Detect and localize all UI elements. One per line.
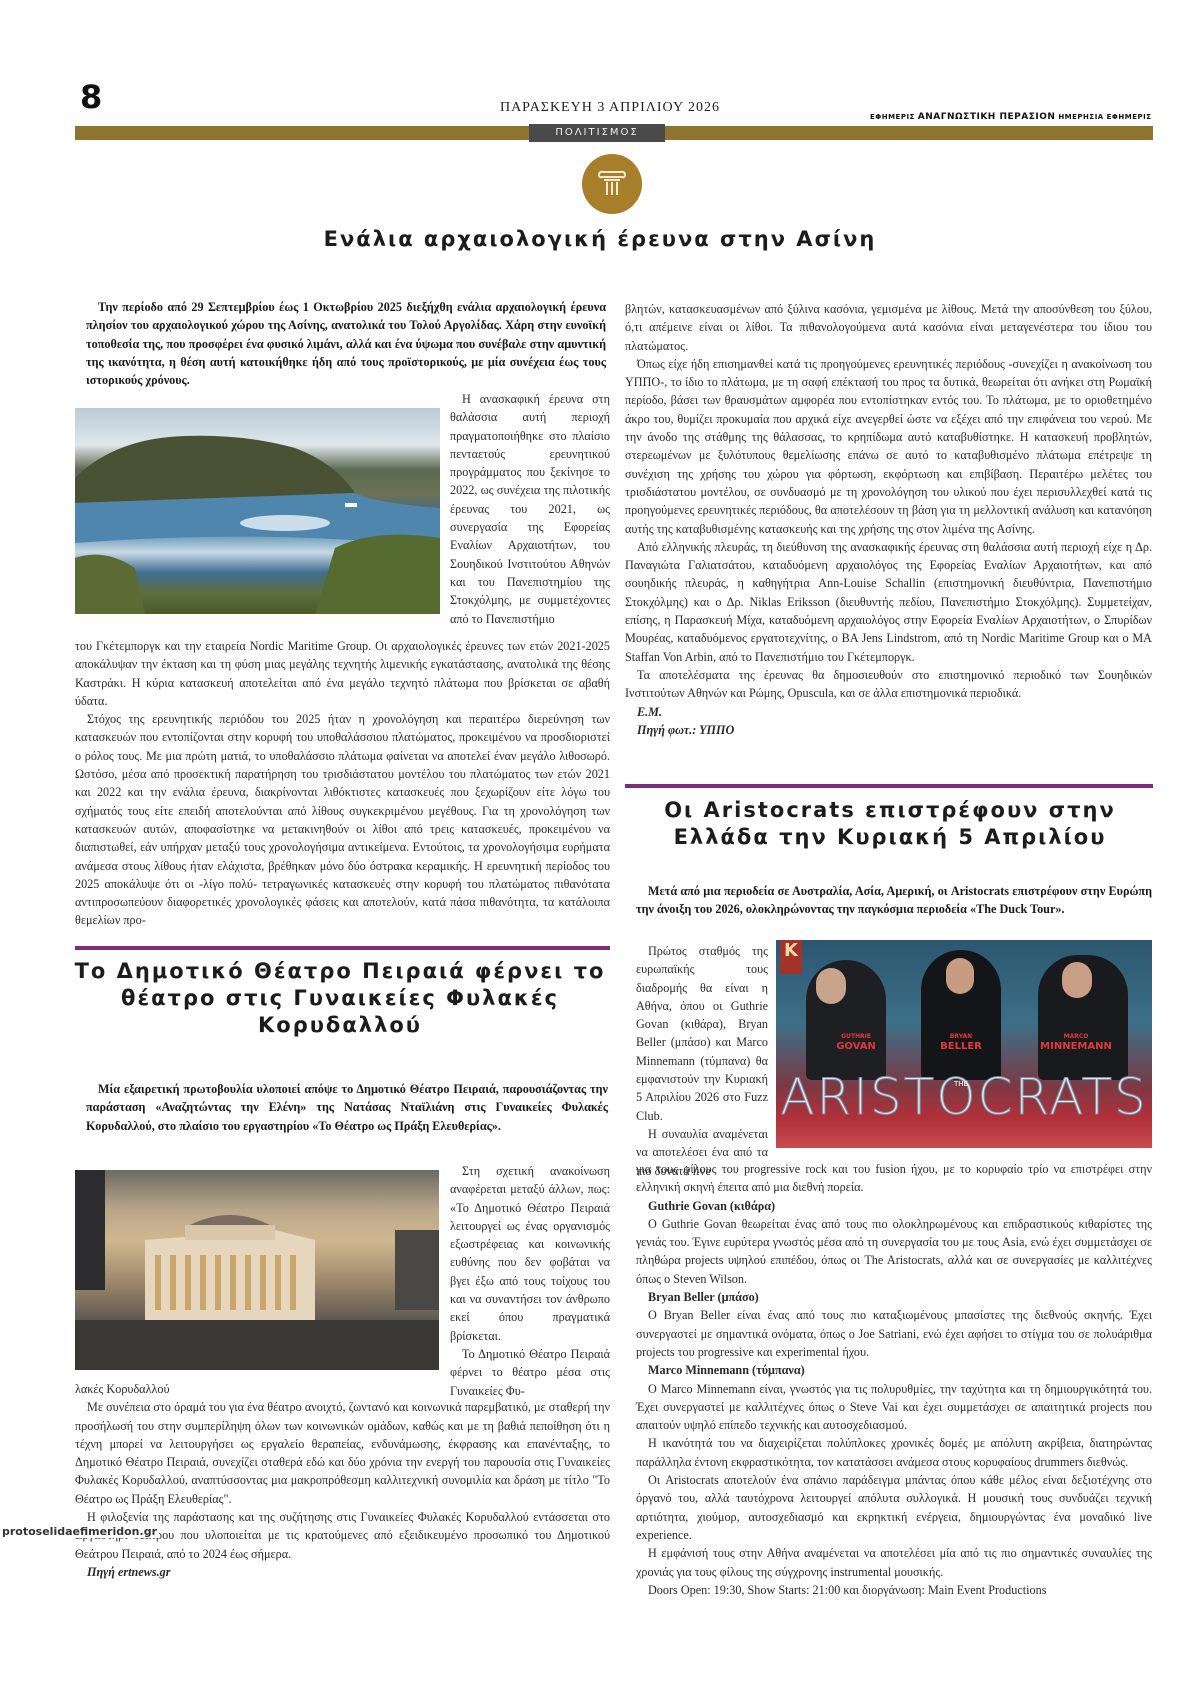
poster-logo-the: THE bbox=[954, 1080, 968, 1088]
side-paragraph: Στη σχετική ανακοίνωση αναφέρεται μεταξύ… bbox=[450, 1162, 610, 1345]
paper-masthead: ΕΦΗΜΕΡΙΣ ΑΝΑΓΝΩΣΤΙΚΗ ΠΕΡΑΣΙΟΝ ΗΜΕΡΗΣΙΑ Ε… bbox=[870, 112, 1152, 122]
poster-member-beller: BRYAN BELLER bbox=[911, 1034, 1011, 1052]
body-paragraph: Η ικανότητά του να διαχειρίζεται πολύπλο… bbox=[636, 1434, 1152, 1471]
piraeus-theatre-photo bbox=[75, 1170, 439, 1370]
article-asine-body-left: του Γκέτεμποργκ και την εταιρεία Nordic … bbox=[75, 637, 610, 930]
article-source: Πηγή ertnews.gr bbox=[75, 1563, 610, 1581]
body-paragraph: λακές Κορυδαλλού bbox=[75, 1380, 610, 1398]
body-paragraph: Στόχος της ερευνητικής περιόδου του 2025… bbox=[75, 710, 610, 930]
photo-credit: Πηγή φωτ.: ΥΠΠΟ bbox=[625, 721, 1152, 739]
article-piraeus-body: λακές Κορυδαλλού Με συνέπεια στο όραμά τ… bbox=[75, 1380, 610, 1581]
poster-band-logo: ARISTOCRATS bbox=[776, 1068, 1152, 1126]
article-separator bbox=[75, 946, 610, 950]
subheading-beller: Bryan Beller (μπάσο) bbox=[636, 1288, 1152, 1306]
article-title-asine: Ενάλια αρχαιολογική έρευνα στην Ασίνη bbox=[200, 226, 1000, 253]
article-lead-aristocrats: Μετά από μια περιοδεία σε Αυστραλία, Ασί… bbox=[636, 882, 1152, 919]
article-title-aristocrats: Οι Aristocrats επιστρέφουν στην Ελλάδα τ… bbox=[630, 797, 1150, 851]
paper-name: ΑΝΑΓΝΩΣΤΙΚΗ ΠΕΡΑΣΙΟΝ bbox=[918, 112, 1056, 122]
dateline: ΠΑΡΑΣΚΕΥΗ 3 ΑΠΡΙΛΙΟΥ 2026 bbox=[460, 100, 760, 116]
body-paragraph: Με συνέπεια στο όραμά του για ένα θέατρο… bbox=[75, 1398, 610, 1508]
asine-coast-photo bbox=[75, 408, 440, 614]
article-aristocrats-side-column: Πρώτος σταθμός της ευρωπαϊκής τους διαδρ… bbox=[636, 942, 768, 1180]
section-label: ΠΟΛΙΤΙΣΜΟΣ bbox=[529, 124, 665, 142]
body-paragraph: Οι Aristocrats αποτελούν ένα σπάνιο παρά… bbox=[636, 1471, 1152, 1544]
body-paragraph: Από ελληνικής πλευράς, τη διεύθυνση της … bbox=[625, 538, 1152, 666]
lead-paragraph: Μετά από μια περιοδεία σε Αυστραλία, Ασί… bbox=[636, 882, 1152, 919]
article-separator bbox=[625, 784, 1153, 788]
poster-member-govan: GUTHRIE GOVAN bbox=[806, 1034, 906, 1052]
body-paragraph: Ο Marco Minnemann είναι, γνωστός για τις… bbox=[636, 1380, 1152, 1435]
poster-member-minnemann: MARCO MINNEMANN bbox=[1016, 1034, 1136, 1052]
body-paragraph: Η εμφάνισή τους στην Αθήνα αναμένεται να… bbox=[636, 1544, 1152, 1581]
article-piraeus-side-column: Στη σχετική ανακοίνωση αναφέρεται μεταξύ… bbox=[450, 1162, 610, 1400]
ionic-column-icon bbox=[582, 154, 642, 214]
body-paragraph: του Γκέτεμποργκ και την εταιρεία Nordic … bbox=[75, 637, 610, 710]
subheading-govan: Guthrie Govan (κιθάρα) bbox=[636, 1197, 1152, 1215]
article-lead-piraeus: Μία εξαιρετική πρωτοβουλία υλοποιεί απόψ… bbox=[86, 1080, 608, 1135]
paper-name-prefix: ΕΦΗΜΕΡΙΣ bbox=[870, 113, 915, 121]
article-lead-asine: Την περίοδο από 29 Σεπτεμβρίου έως 1 Οκτ… bbox=[86, 298, 606, 389]
article-aristocrats-body: για τους φίλους του progressive rock και… bbox=[636, 1160, 1152, 1599]
page-number: 8 bbox=[80, 78, 101, 116]
article-asine-body-right: βλητών, κατασκευασμένων από ξύλινα κασόν… bbox=[625, 300, 1152, 739]
event-details: Doors Open: 19:30, Show Starts: 21:00 κα… bbox=[636, 1581, 1152, 1599]
subheading-minnemann: Marco Minnemann (τύμπανα) bbox=[636, 1361, 1152, 1379]
body-paragraph: Ο Bryan Beller είναι ένας από τους πιο κ… bbox=[636, 1306, 1152, 1361]
body-paragraph: Ο Guthrie Govan θεωρείται ένας από τους … bbox=[636, 1215, 1152, 1288]
article-title-piraeus-theatre: Το Δημοτικό Θέατρο Πειραιά φέρνει το θέα… bbox=[70, 958, 610, 1039]
lead-paragraph: Μία εξαιρετική πρωτοβουλία υλοποιεί απόψ… bbox=[86, 1080, 608, 1135]
body-paragraph: Όπως είχε ήδη επισημανθεί κατά τις προηγ… bbox=[625, 355, 1152, 538]
body-paragraph: Τα αποτελέσματα της έρευνας θα δημοσιευθ… bbox=[625, 666, 1152, 703]
body-paragraph: βλητών, κατασκευασμένων από ξύλινα κασόν… bbox=[625, 300, 1152, 355]
side-paragraph: Πρώτος σταθμός της ευρωπαϊκής τους διαδρ… bbox=[636, 942, 768, 1125]
lead-paragraph: Την περίοδο από 29 Σεπτεμβρίου έως 1 Οκτ… bbox=[86, 298, 606, 389]
paper-name-suffix: ΗΜΕΡΗΣΙΑ ΕΦΗΜΕΡΙΣ bbox=[1058, 113, 1151, 121]
aristocrats-poster: K GUTHRIE GOVAN BRYAN BELLER MARCO MINNE… bbox=[776, 940, 1152, 1148]
side-paragraph: Η ανασκαφική έρευνα στη θαλάσσια αυτή πε… bbox=[450, 390, 610, 628]
body-paragraph: για τους φίλους του progressive rock και… bbox=[636, 1160, 1152, 1197]
site-watermark: protoselidaefimeridon.gr bbox=[2, 1525, 159, 1538]
article-asine-side-column: Η ανασκαφική έρευνα στη θαλάσσια αυτή πε… bbox=[450, 390, 610, 628]
article-author: Ε.Μ. bbox=[625, 703, 1152, 721]
